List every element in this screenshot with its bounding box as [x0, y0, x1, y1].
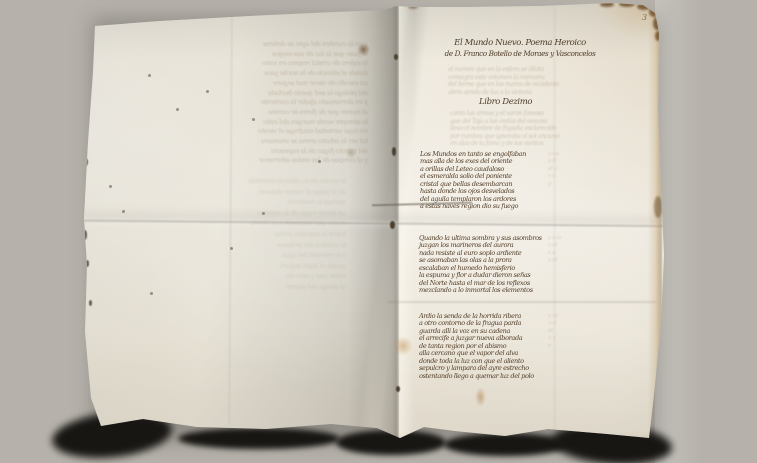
- stanza-2: Quando la ultima sombra y sus asombrosju…: [419, 235, 542, 295]
- title-line-1: El Mundo Nuevo. Poema Heroico: [428, 38, 612, 49]
- photo-background: 3 y en la cumbre del ayre se detieneal p…: [0, 0, 757, 463]
- stitch-hole: [396, 386, 400, 392]
- page-number: 3: [642, 13, 647, 22]
- edge-nick: [83, 230, 87, 240]
- stitch-hole: [392, 147, 396, 156]
- burn-mark: [619, 1, 635, 7]
- stain: [392, 337, 414, 355]
- faint-lines-below-heading: canto las armas y el varon famosoque del…: [450, 110, 560, 148]
- margin-ghost-marks-3: a uiu aela se: [548, 313, 638, 350]
- edge-nick: [86, 260, 89, 267]
- stitch-hole: [394, 54, 398, 60]
- edge-nick: [84, 158, 88, 166]
- faint-lines-above-heading: al numen que en la esfera se dilataconsa…: [448, 66, 559, 96]
- left-page-bleedthrough-upper: y en la cumbre del ayre se detieneal pas…: [106, 40, 368, 166]
- burn-mark: [408, 5, 418, 9]
- title-line-2: de D. Franco Botello de Moraes y Vasconc…: [428, 49, 612, 59]
- left-page-bleedthrough-lower: la noche en su silencio detenidade la pl…: [96, 176, 346, 293]
- paper-shadow: [444, 433, 568, 456]
- margin-ghost-marks-2: y a laa els ay el: [548, 235, 638, 265]
- stain: [475, 387, 486, 407]
- burn-mark: [600, 2, 614, 7]
- paper-shadow: [178, 428, 340, 449]
- stanza-1: Los Mundos en tanto se engolfabanmas all…: [420, 151, 526, 211]
- minor-horizontal-crease: [388, 301, 656, 303]
- margin-ghost-marks-1: a uay del as ay: [548, 151, 638, 188]
- burn-mark: [654, 196, 662, 218]
- edge-nick: [89, 300, 92, 306]
- manuscript-paper: 3 y en la cumbre del ayre se detieneal p…: [0, 0, 757, 463]
- manuscript-title: El Mundo Nuevo. Poema Heroico de D. Fran…: [428, 38, 612, 59]
- stanza-3: Ardio la senda de la horrida riberaa otr…: [419, 313, 534, 380]
- book-heading: Libro Dezimo: [479, 97, 532, 107]
- stitch-hole: [390, 221, 395, 229]
